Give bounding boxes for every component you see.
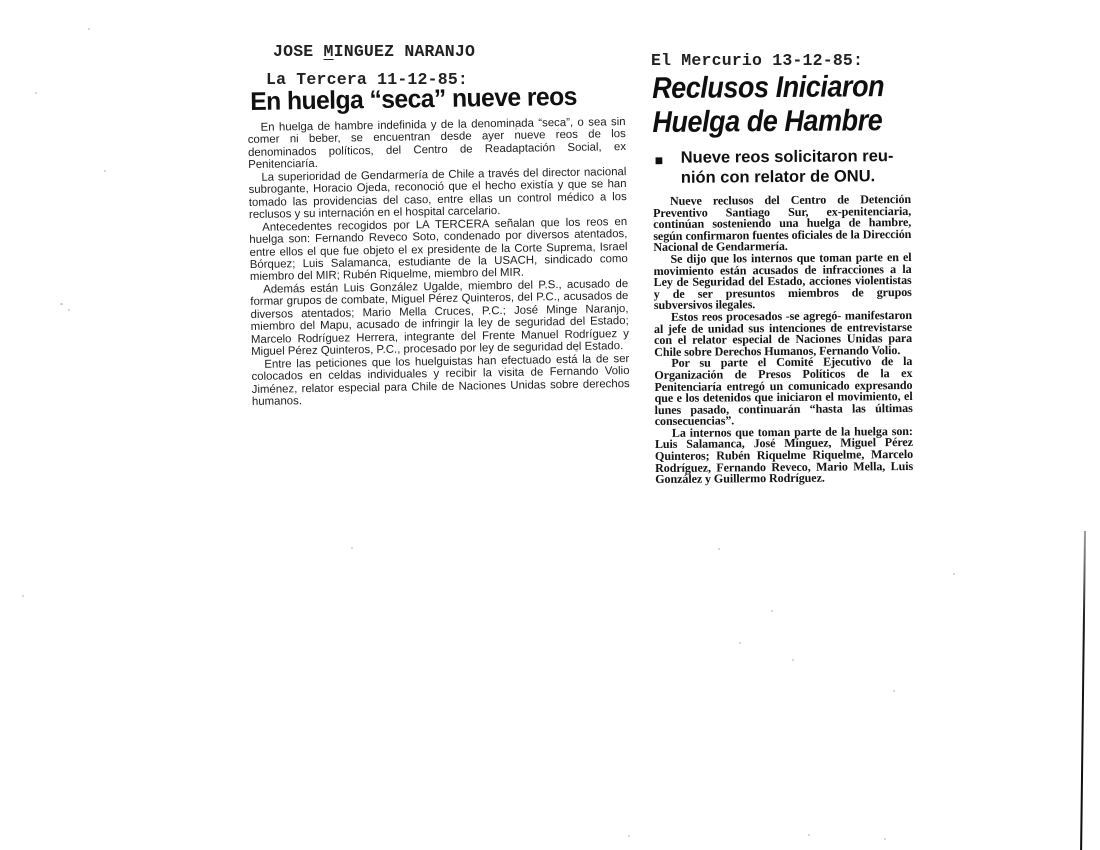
scanned-newspaper-page: JOSE MINGUEZ NARANJO La Tercera 11-12-85… [0, 0, 1100, 850]
right-source-line: El Mercurio 13-12-85: [651, 51, 863, 70]
scan-fold-line [1080, 531, 1086, 850]
article-paragraph: Antecedentes recogidos por LA TERCERA se… [249, 216, 628, 284]
scan-speck [771, 610, 773, 612]
right-article-body: Nueve reclusos del Centro de Detención P… [653, 194, 913, 486]
scan-speck [22, 595, 24, 597]
annotation-underlined-letter: M [324, 42, 334, 61]
article-paragraph: Se dijo que los internos que toman parte… [653, 252, 911, 312]
right-headline: Reclusos Iniciaron Huelga de Hambre [652, 70, 915, 140]
scan-speck [515, 127, 517, 130]
scan-speck [628, 835, 630, 837]
typed-annotation: JOSE MINGUEZ NARANJO [273, 42, 475, 61]
scan-speck [718, 548, 720, 550]
article-paragraph: La internos que toman parte de la huelga… [655, 426, 913, 486]
scan-speck [88, 28, 90, 30]
right-subhead-line-2: nión con relator de ONU. [681, 166, 915, 187]
left-headline: En huelga “seca” nueve reos [250, 82, 617, 117]
right-subhead: ■ Nueve reos solicitaron reu- nión con r… [653, 147, 915, 188]
annotation-text-post: INGUEZ NARANJO [334, 42, 475, 61]
scan-speck [35, 92, 37, 94]
scan-speck [60, 303, 63, 305]
article-paragraph: Por su parte el Comité Ejecutivo de la O… [654, 356, 913, 428]
article-paragraph: Además están Luis González Ugalde, miemb… [250, 278, 629, 359]
article-paragraph: Nueve reclusos del Centro de Detención P… [653, 194, 911, 254]
scan-speck [884, 838, 886, 840]
right-headline-line-1: Reclusos Iniciaron [652, 70, 888, 106]
scan-speck [739, 642, 741, 644]
right-headline-line-2: Huelga de Hambre [652, 104, 888, 140]
scan-speck [351, 547, 353, 549]
article-paragraph: La superioridad de Gendarmería de Chile … [248, 166, 627, 222]
scan-speck [575, 350, 578, 352]
left-clipping: En huelga “seca” nueve reos En huelga de… [247, 82, 633, 408]
article-paragraph: Estos reos procesados -se agregó- manife… [654, 310, 912, 358]
left-article-body: En huelga de hambre indefinida y de la d… [248, 116, 630, 408]
annotation-text-pre: JOSE [273, 42, 324, 61]
right-clipping: Reclusos Iniciaron Huelga de Hambre ■ Nu… [652, 70, 917, 486]
article-paragraph: Entre las peticiones que los huelguistas… [251, 353, 630, 409]
square-bullet-icon: ■ [655, 151, 664, 171]
scan-speck [893, 690, 895, 692]
scan-speck [792, 659, 794, 661]
scan-speck [104, 170, 106, 172]
scan-speck [68, 309, 70, 311]
article-paragraph: En huelga de hambre indefinida y de la d… [248, 116, 627, 172]
scan-speck [808, 834, 810, 836]
right-subhead-line-1: Nueve reos solicitaron reu- [681, 147, 915, 168]
scan-speck [953, 573, 955, 575]
